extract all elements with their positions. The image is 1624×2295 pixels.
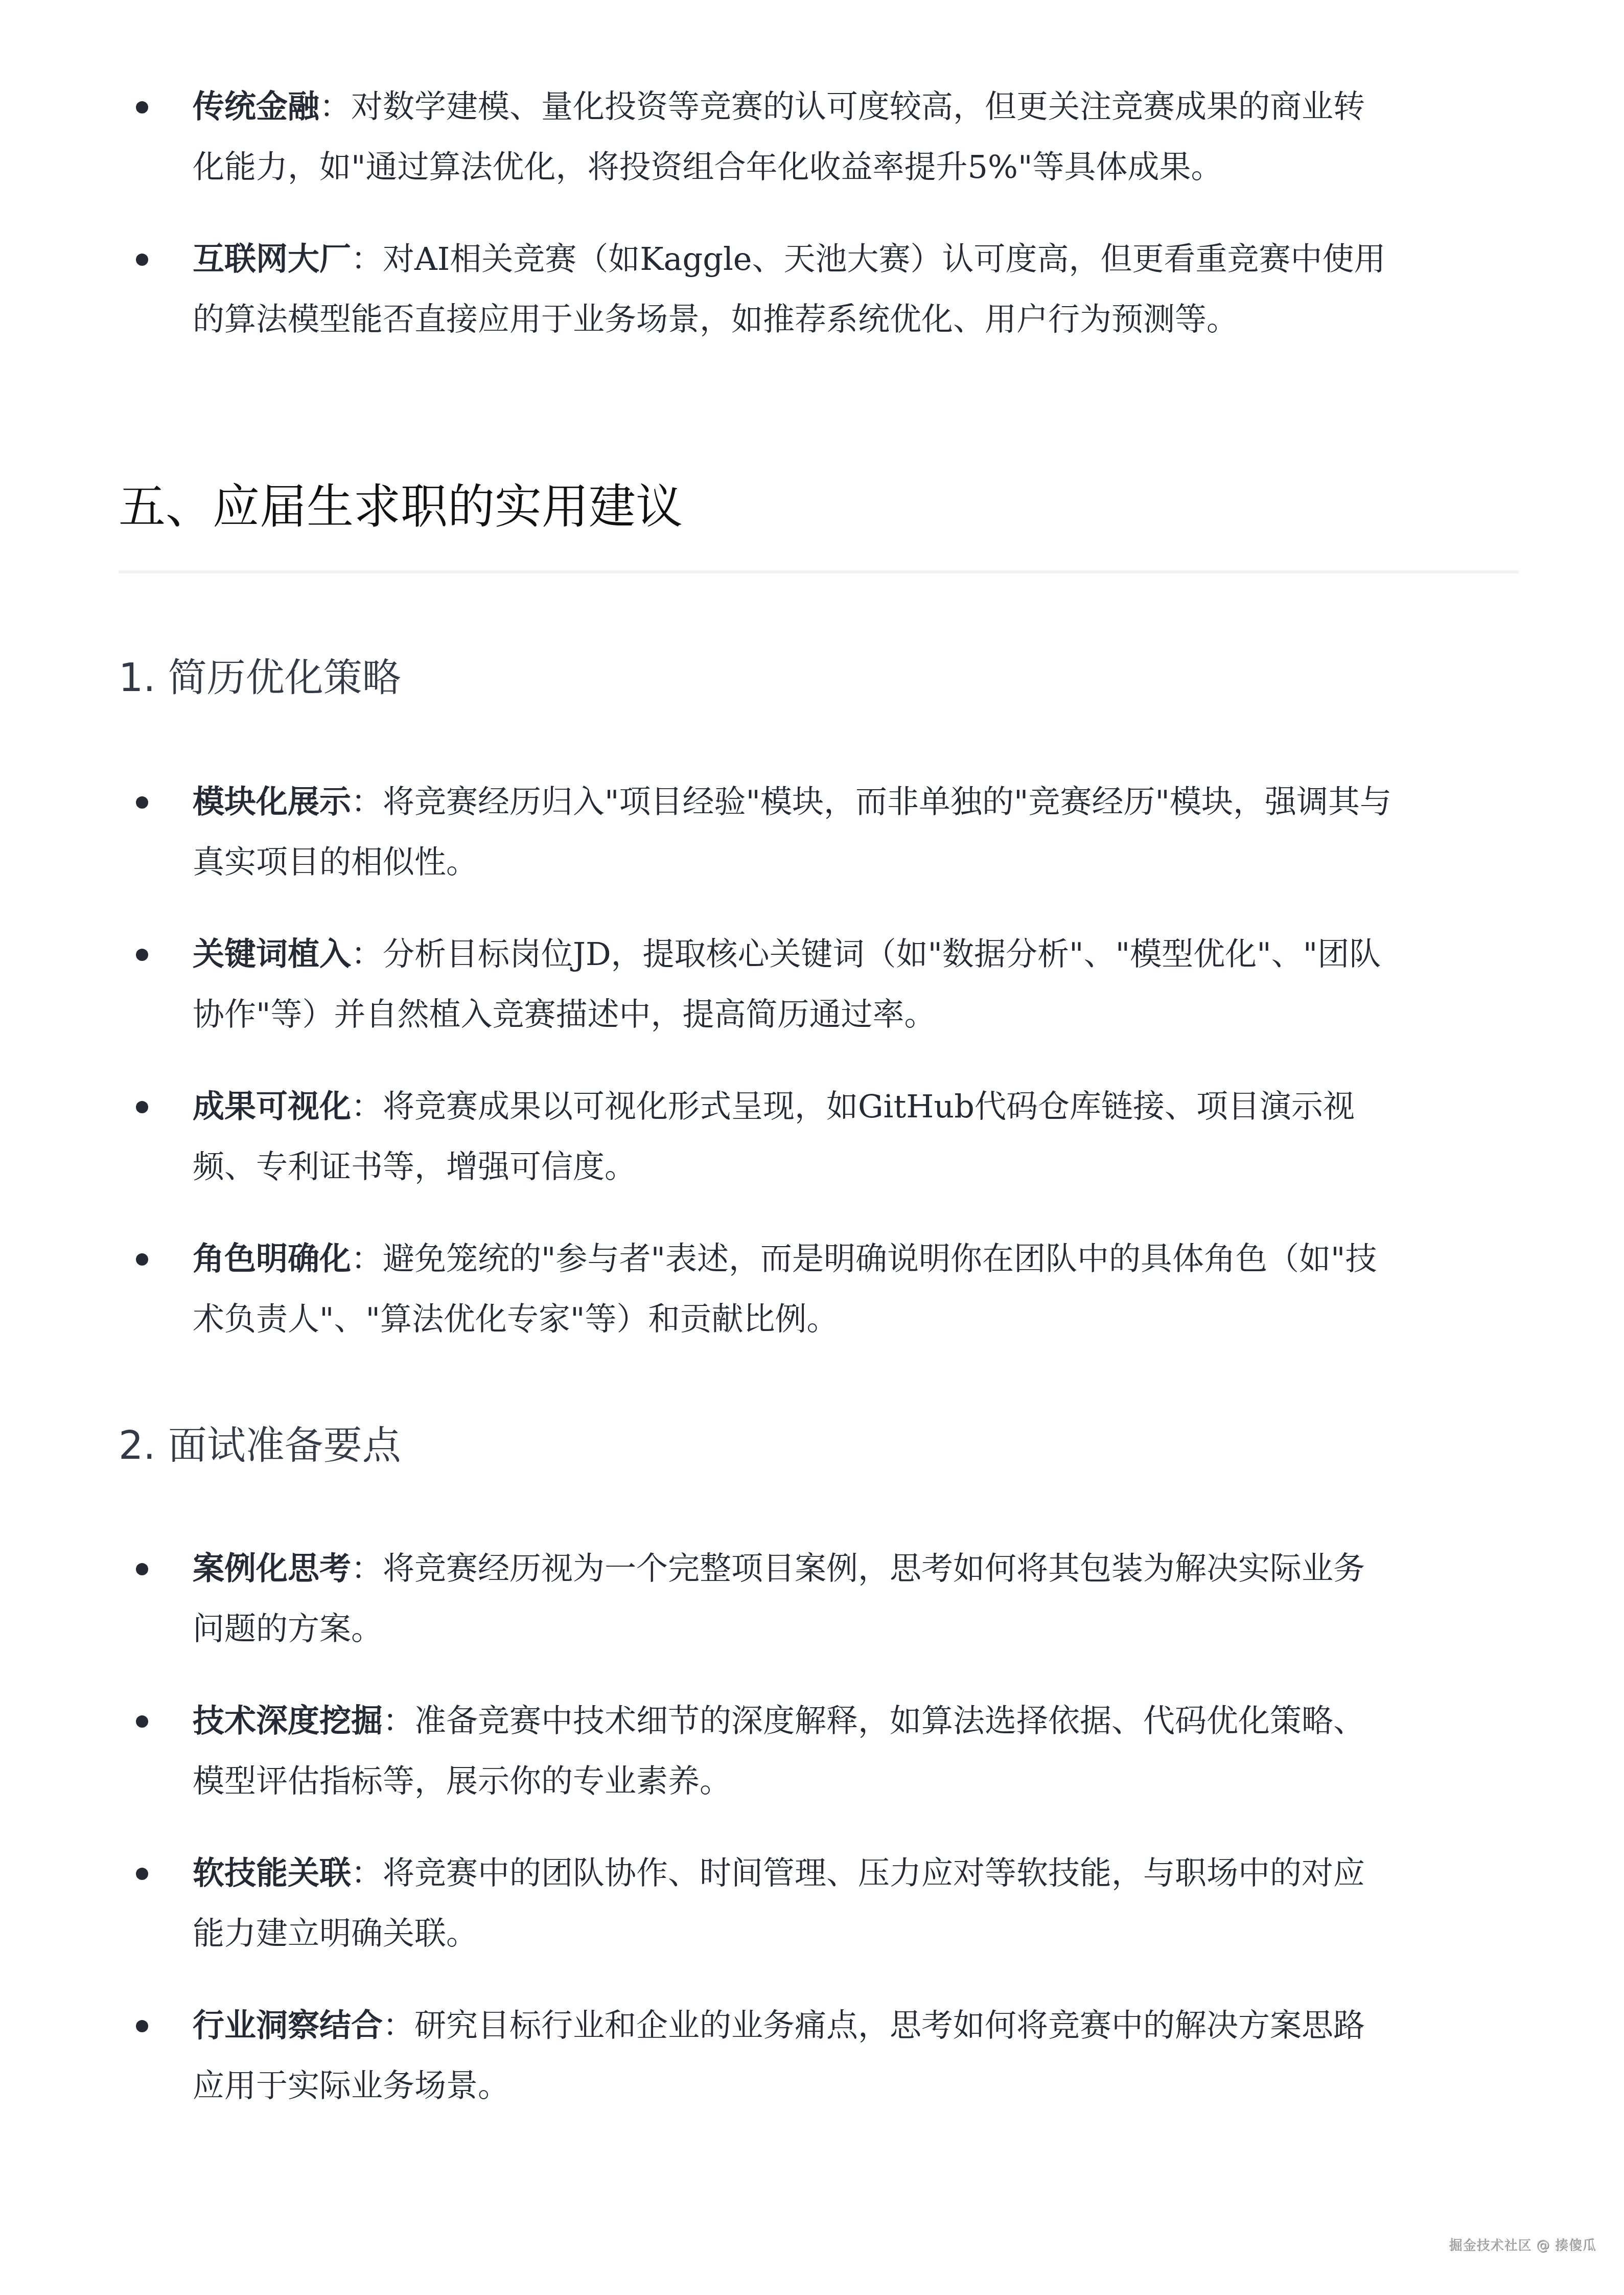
bullet-icon (136, 1563, 148, 1575)
list-item-sep: ： (351, 1240, 383, 1277)
bullet-icon (136, 1253, 148, 1266)
list-item-text: 化能力，如"通过算法优化，将投资组合年化收益率提升5%"等具体成果。 (193, 148, 1222, 186)
list-item-sep: ： (351, 240, 383, 278)
list-item-text: 真实项目的相似性。 (193, 843, 478, 881)
list-item-text: 问题的方案。 (193, 1610, 383, 1647)
list-item-text: 准备竞赛中技术细节的深度解释，如算法选择依据、代码优化策略、 (414, 1702, 1365, 1739)
section-heading: 五、应届生求职的实用建议 (119, 484, 683, 531)
bullet-icon (136, 254, 148, 266)
subsection-heading-interview: 2. 面试准备要点 (119, 1426, 401, 1465)
interview-prep-list: 案例化思考：将竞赛经历视为一个完整项目案例，思考如何将其包装为解决实际业务 问题… (119, 1539, 1519, 2116)
list-item-term: 传统金融 (193, 88, 319, 125)
list-item-text: 的算法模型能否直接应用于业务场景，如推荐系统优化、用户行为预测等。 (193, 301, 1238, 338)
list-item-sep: ： (351, 1854, 383, 1892)
list-item-text: 对AI相关竞赛（如Kaggle、天池大赛）认可度高，但更看重竞赛中使用 (383, 240, 1385, 278)
list-item-text: 将竞赛经历视为一个完整项目案例，思考如何将其包装为解决实际业务 (383, 1550, 1365, 1587)
list-item-sep: ： (383, 1702, 414, 1739)
list-item: 案例化思考：将竞赛经历视为一个完整项目案例，思考如何将其包装为解决实际业务 问题… (119, 1539, 1519, 1659)
list-item-sep: ： (351, 783, 383, 820)
bullet-icon (136, 1868, 148, 1880)
list-item: 成果可视化：将竞赛成果以可视化形式呈现，如GitHub代码仓库链接、项目演示视 … (119, 1076, 1519, 1197)
list-item-text: 分析目标岗位JD，提取核心关键词（如"数据分析"、"模型优化"、"团队 (383, 935, 1381, 973)
bullet-icon (136, 101, 148, 113)
list-item: 软技能关联：将竞赛中的团队协作、时间管理、压力应对等软技能，与职场中的对应 能力… (119, 1843, 1519, 1964)
list-item-text: 对数学建模、量化投资等竞赛的认可度较高，但更关注竞赛成果的商业转 (351, 88, 1365, 125)
subsection-heading-resume: 1. 简历优化策略 (119, 658, 401, 697)
list-item-sep: ： (351, 935, 383, 973)
list-item: 互联网大厂：对AI相关竞赛（如Kaggle、天池大赛）认可度高，但更看重竞赛中使… (119, 229, 1519, 350)
list-item-text: 模型评估指标等，展示你的专业素养。 (193, 1762, 731, 1800)
list-item-term: 案例化思考 (193, 1550, 351, 1587)
list-item-text: 能力建立明确关联。 (193, 1915, 478, 1952)
list-item-text: 研究目标行业和企业的业务痛点，思考如何将竞赛中的解决方案思路 (414, 2007, 1365, 2044)
list-item-text: 将竞赛成果以可视化形式呈现，如GitHub代码仓库链接、项目演示视 (383, 1088, 1355, 1125)
list-item-sep: ： (351, 1088, 383, 1125)
list-item-text: 术负责人"、"算法优化专家"等）和贡献比例。 (193, 1300, 839, 1338)
list-item-term: 行业洞察结合 (193, 2007, 383, 2044)
list-item-term: 模块化展示 (193, 783, 351, 820)
heading-divider (119, 570, 1519, 573)
list-item-term: 角色明确化 (193, 1240, 351, 1277)
list-item-text: 将竞赛经历归入"项目经验"模块，而非单独的"竞赛经历"模块，强调其与 (383, 783, 1391, 820)
bullet-icon (136, 1101, 148, 1113)
list-item: 行业洞察结合：研究目标行业和企业的业务痛点，思考如何将竞赛中的解决方案思路 应用… (119, 1995, 1519, 2116)
list-item-text: 协作"等）并自然植入竞赛描述中，提高简历通过率。 (193, 996, 936, 1033)
bullet-icon (136, 2020, 148, 2032)
list-item-text: 将竞赛中的团队协作、时间管理、压力应对等软技能，与职场中的对应 (383, 1854, 1365, 1892)
bullet-icon (136, 949, 148, 961)
list-item: 关键词植入：分析目标岗位JD，提取核心关键词（如"数据分析"、"模型优化"、"团… (119, 924, 1519, 1045)
industry-preference-list: 传统金融：对数学建模、量化投资等竞赛的认可度较高，但更关注竞赛成果的商业转 化能… (119, 77, 1519, 350)
bullet-icon (136, 796, 148, 809)
list-item-sep: ： (383, 2007, 414, 2044)
list-item: 技术深度挖掘：准备竞赛中技术细节的深度解释，如算法选择依据、代码优化策略、 模型… (119, 1691, 1519, 1811)
resume-strategy-list: 模块化展示：将竞赛经历归入"项目经验"模块，而非单独的"竞赛经历"模块，强调其与… (119, 772, 1519, 1349)
list-item-text: 频、专利证书等，增强可信度。 (193, 1148, 636, 1185)
list-item-text: 避免笼统的"参与者"表述，而是明确说明你在团队中的具体角色（如"技 (383, 1240, 1377, 1277)
list-item-term: 关键词植入 (193, 935, 351, 973)
bullet-icon (136, 1715, 148, 1728)
list-item: 模块化展示：将竞赛经历归入"项目经验"模块，而非单独的"竞赛经历"模块，强调其与… (119, 772, 1519, 892)
list-item-term: 软技能关联 (193, 1854, 351, 1892)
watermark: 掘金技术社区 @ 揍傻瓜 (1449, 2235, 1596, 2254)
list-item-sep: ： (319, 88, 351, 125)
list-item-term: 技术深度挖掘 (193, 1702, 383, 1739)
list-item: 角色明确化：避免笼统的"参与者"表述，而是明确说明你在团队中的具体角色（如"技 … (119, 1229, 1519, 1349)
list-item-text: 应用于实际业务场景。 (193, 2067, 509, 2104)
list-item-term: 互联网大厂 (193, 240, 351, 278)
list-item-term: 成果可视化 (193, 1088, 351, 1125)
list-item-sep: ： (351, 1550, 383, 1587)
list-item: 传统金融：对数学建模、量化投资等竞赛的认可度较高，但更关注竞赛成果的商业转 化能… (119, 77, 1519, 197)
